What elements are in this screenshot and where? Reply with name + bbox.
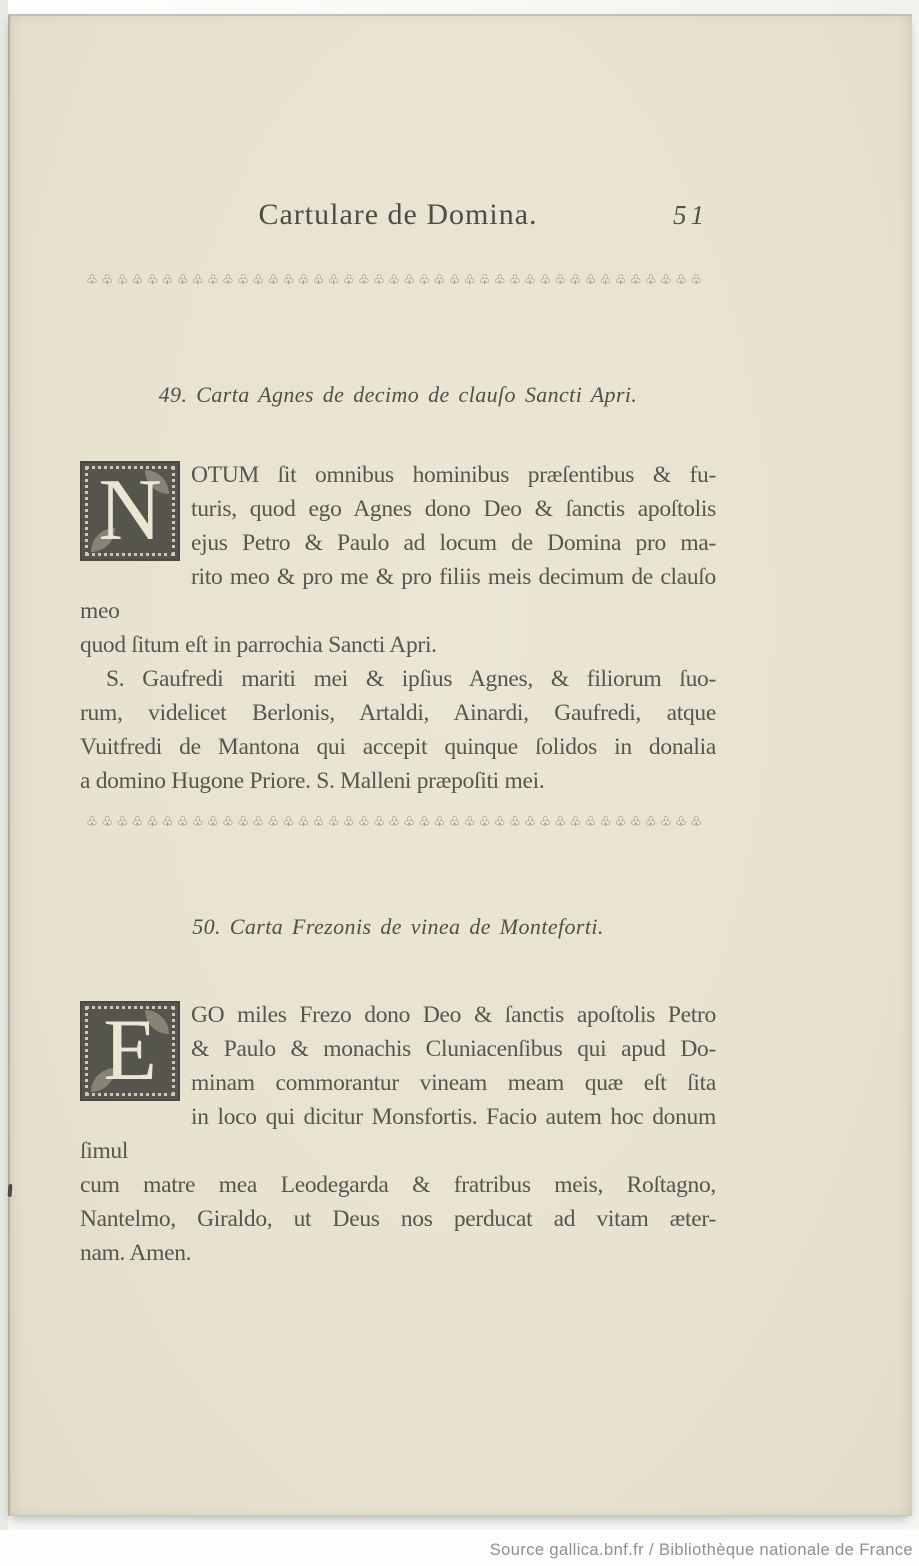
- text-line: S. Gaufredi mariti mei & ipſius Agnes, &…: [80, 662, 716, 696]
- left-edge-ink-mark: [8, 1184, 13, 1197]
- scan-backdrop-top-edge: [0, 0, 919, 14]
- running-head: Cartulare de Domina. 51: [80, 198, 716, 232]
- fleuron-ornament-row: ♧♧♧♧♧♧♧♧♧♧♧♧♧♧♧♧♧♧♧♧♧♧♧♧♧♧♧♧♧♧♧♧♧♧♧♧♧♧♧♧…: [86, 814, 706, 836]
- source-attribution: Source gallica.bnf.fr / Bibliothèque nat…: [0, 1530, 919, 1566]
- charter-49-paragraph-2: S. Gaufredi mariti mei & ipſius Agnes, &…: [80, 662, 716, 798]
- page-number: 51: [673, 200, 708, 231]
- charter-50-paragraph-1: E GO miles Frezo dono Deo & ſanctis apoſ…: [80, 998, 716, 1270]
- dropcap-letter: N: [80, 461, 180, 561]
- text-line: cum matre mea Leodegarda & fratribus mei…: [80, 1168, 716, 1202]
- text-line: nam. Amen.: [80, 1236, 716, 1270]
- charter-49-heading: 49. Carta Agnes de decimo de clauſo Sanc…: [80, 382, 716, 408]
- page-title: Cartulare de Domina.: [80, 198, 716, 232]
- scan-backdrop-left-edge: [0, 0, 8, 1530]
- text-line: rito meo & pro me & pro filiis meis deci…: [80, 560, 716, 628]
- dropcap-letter: E: [80, 1001, 180, 1101]
- fleuron-ornament-row: ♧♧♧♧♧♧♧♧♧♧♧♧♧♧♧♧♧♧♧♧♧♧♧♧♧♧♧♧♧♧♧♧♧♧♧♧♧♧♧♧…: [86, 272, 706, 294]
- text-line: Vuitfredi de Mantona qui accepit quinque…: [80, 730, 716, 764]
- charter-50-text: E GO miles Frezo dono Deo & ſanctis apoſ…: [80, 998, 716, 1270]
- text-line: quod ſitum eſt in parrochia Sancti Apri.: [80, 628, 716, 662]
- charter-49-paragraph-1: N OTUM ſit omnibus hominibus præſentibus…: [80, 458, 716, 662]
- charter-49-text: N OTUM ſit omnibus hominibus præſentibus…: [80, 458, 716, 798]
- text-line: in loco qui dicitur Monsfortis. Facio au…: [80, 1100, 716, 1168]
- paper-sheet: Cartulare de Domina. 51 ♧♧♧♧♧♧♧♧♧♧♧♧♧♧♧♧…: [8, 14, 912, 1516]
- scanned-book-page: Cartulare de Domina. 51 ♧♧♧♧♧♧♧♧♧♧♧♧♧♧♧♧…: [0, 0, 919, 1566]
- text-line: rum, videlicet Berlonis, Artaldi, Ainard…: [80, 696, 716, 730]
- text-line: Nantelmo, Giraldo, ut Deus nos perducat …: [80, 1202, 716, 1236]
- charter-50-heading: 50. Carta Frezonis de vinea de Montefort…: [80, 914, 716, 940]
- woodcut-initial-N: N: [80, 461, 180, 561]
- woodcut-initial-E: E: [80, 1001, 180, 1101]
- text-line: a domino Hugone Priore. S. Malleni præpo…: [80, 764, 716, 798]
